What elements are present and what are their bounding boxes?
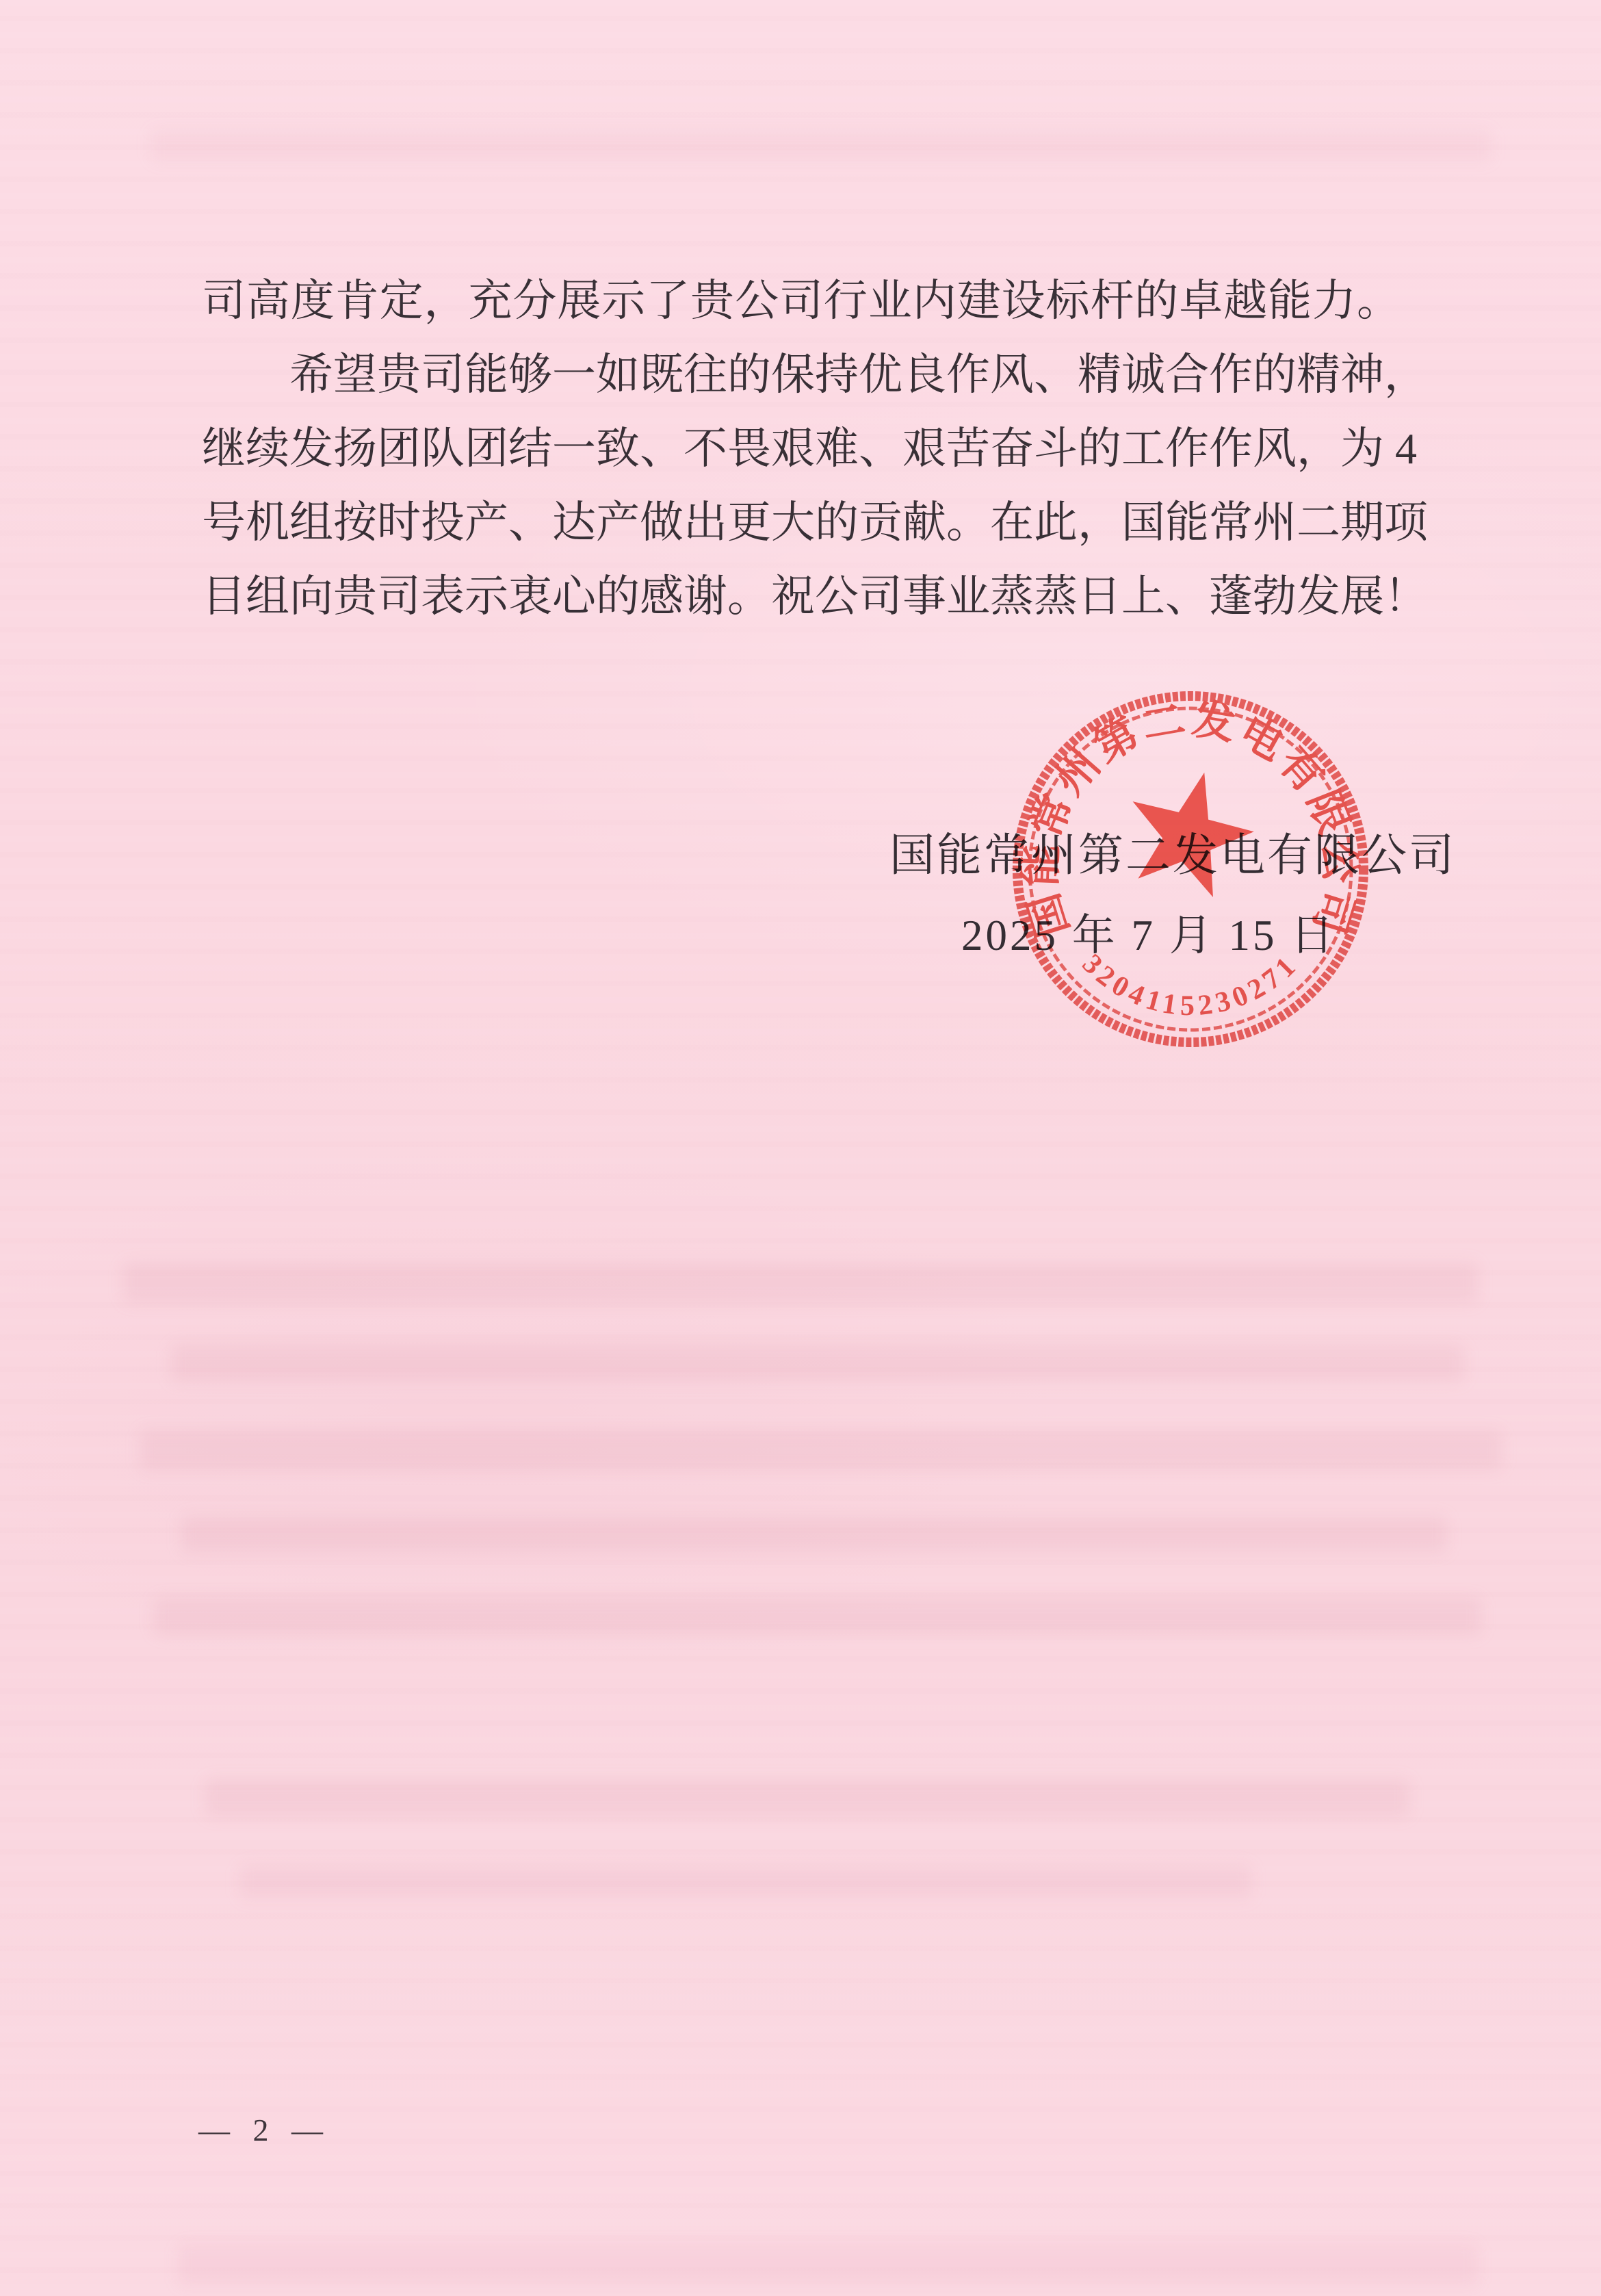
bleed-through-artifact [239, 1865, 1252, 1899]
bleed-through-artifact [171, 1345, 1464, 1382]
bleed-through-artifact [140, 1430, 1502, 1470]
bleed-through-artifact [123, 1263, 1478, 1302]
body-line: 号机组按时投产、达产做出更大的贡献。在此，国能常州二期项 [202, 486, 1401, 560]
signature-date: 2025 年 7 月 15 日 [961, 901, 1336, 963]
bleed-through-artifact [181, 1516, 1447, 1553]
bleed-through-artifact [151, 130, 1492, 162]
body-line: 继续发扬团队团结一致、不畏艰难、艰苦奋斗的工作作风，为 4 [202, 412, 1401, 486]
body-line: 目组向贵司表示衷心的感谢。祝公司事业蒸蒸日上、蓬勃发展！ [202, 560, 1401, 634]
signature-company-name: 国能常州第二发电有限公司 [889, 818, 1456, 883]
body-line: 司高度肯定，充分展示了贵公司行业内建设标杆的卓越能力。 [202, 264, 1401, 338]
scanned-letter-page: 司高度肯定，充分展示了贵公司行业内建设标杆的卓越能力。 希望贵司能够一如既往的保… [0, 0, 1601, 2296]
body-line: 希望贵司能够一如既往的保持优良作风、精诚合作的精神， [202, 338, 1401, 412]
letter-body: 司高度肯定，充分展示了贵公司行业内建设标杆的卓越能力。 希望贵司能够一如既往的保… [202, 264, 1401, 634]
bleed-through-artifact [205, 1779, 1409, 1816]
bleed-through-artifact [178, 2245, 1478, 2286]
page-number: — 2 — [198, 2112, 324, 2148]
bleed-through-artifact [154, 1598, 1481, 1635]
